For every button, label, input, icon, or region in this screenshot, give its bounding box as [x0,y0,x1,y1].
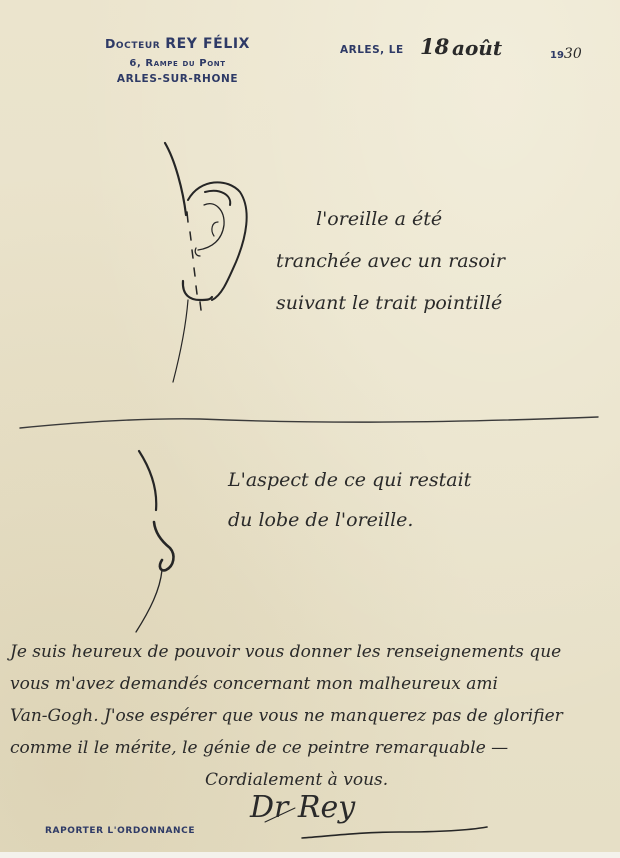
note-bottom-line: du lobe de l'oreille. [228,500,568,540]
note-top-line: suivant le trait pointillé [276,282,596,324]
footer-note: RAPORTER L'ORDONNANCE [45,826,195,836]
body-line: comme il le mérite, le génie de ce peint… [10,732,610,764]
note-bottom: L'aspect de ce qui restait du lobe de l'… [228,460,568,540]
ear-full-icon [165,143,247,382]
note-bottom-line: L'aspect de ce qui restait [228,460,568,500]
body-line: Je suis heureux de pouvoir vous donner l… [10,636,610,668]
divider-line [20,417,598,428]
note-top-line: l'oreille a été [276,198,596,240]
body-line: vous m'avez demandés concernant mon malh… [10,668,610,700]
ear-remaining-icon [136,451,173,632]
letter-body: Je suis heureux de pouvoir vous donner l… [10,636,610,796]
note-top: l'oreille a été tranchée avec un rasoir … [276,198,596,324]
body-line: Van-Gogh. J'ose espérer que vous ne manq… [10,700,610,732]
signature: Dr Rey [250,790,355,825]
note-top-line: tranchée avec un rasoir [276,240,596,282]
